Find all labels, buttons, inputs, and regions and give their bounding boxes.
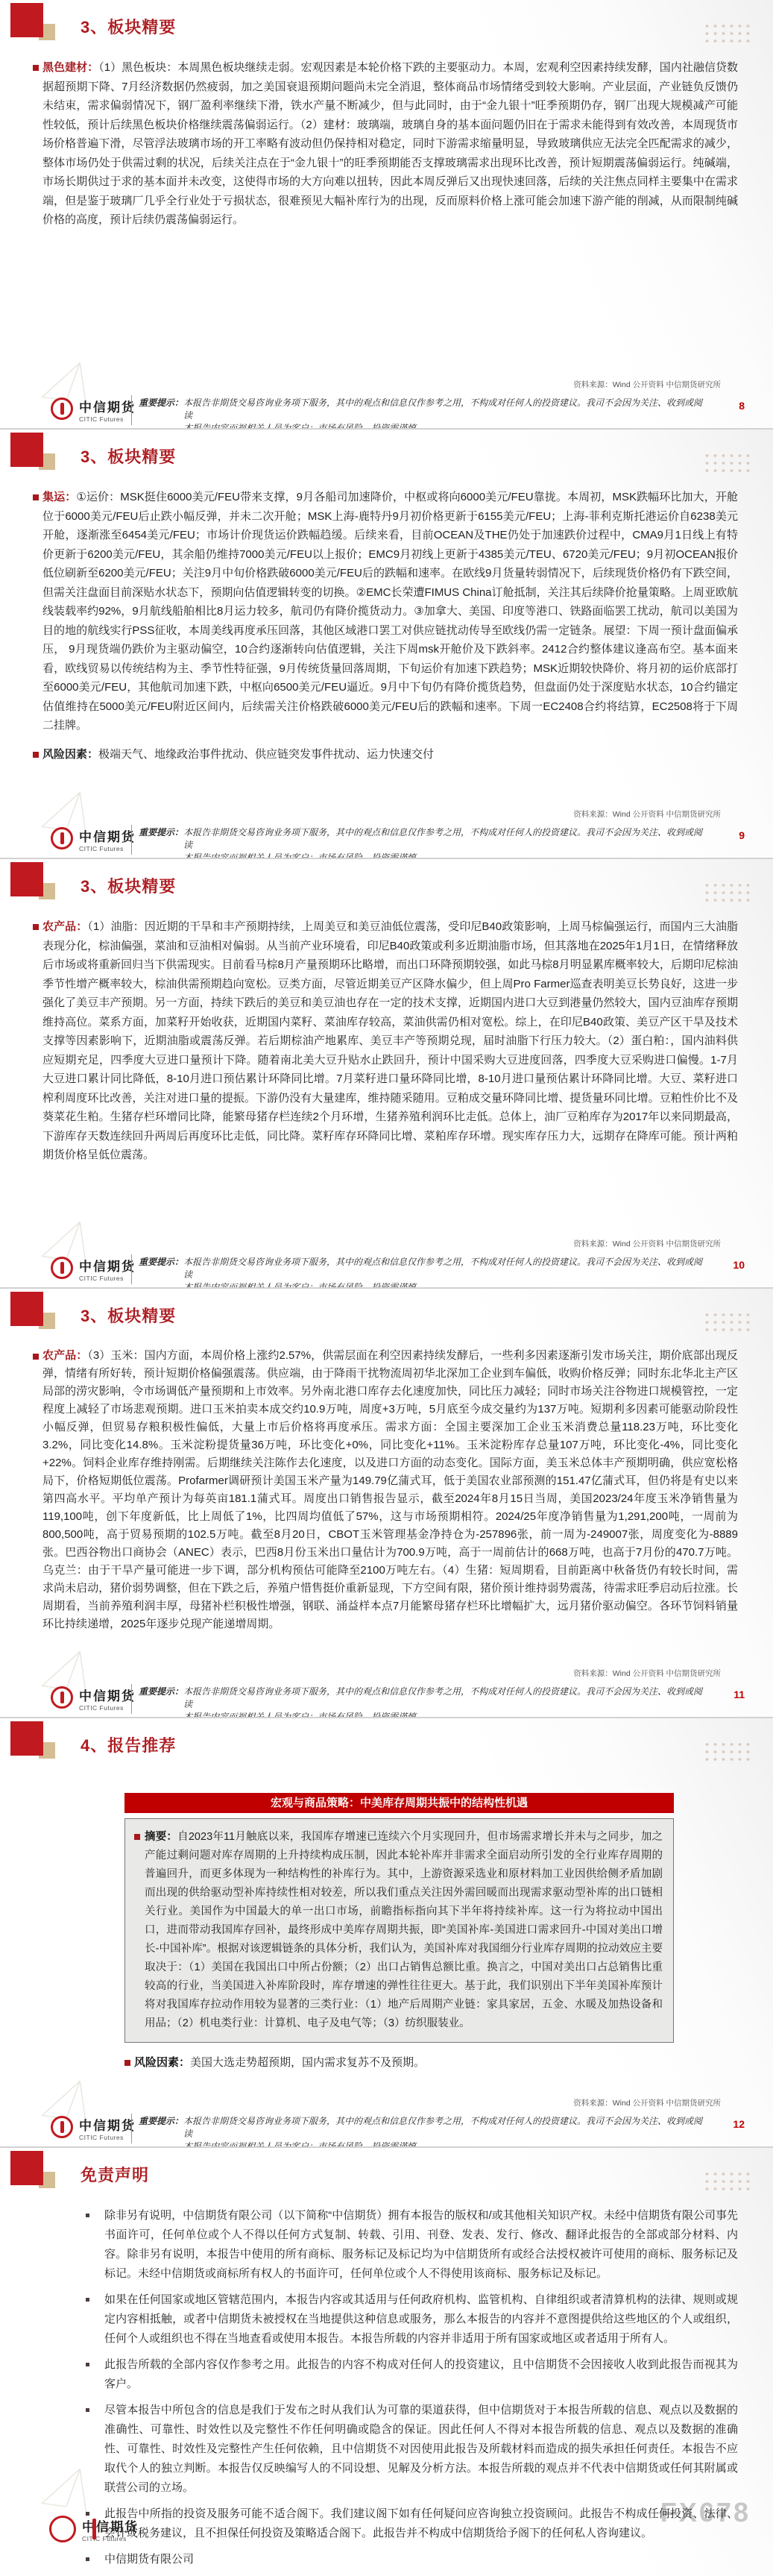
citic-logo-icon [49, 2516, 76, 2542]
slide-body: 黑色建材：（1）黑色板块：本周黑色板块继续走弱。宏观因素是本轮价格下跌的主要驱动… [33, 58, 738, 239]
notice-line-1: 本报告非期货交易咨询业务项下服务，其中的观点和信息仅作参考之用，不构成对任何人的… [183, 397, 705, 422]
citic-logo-icon [51, 1257, 73, 1279]
notice-label: 重要提示： [139, 397, 183, 428]
recommend-content: 宏观与商品策略：中美库存周期共振中的结构性机遇 摘要：自2023年11月触底以来… [124, 1793, 674, 2082]
sector-paragraph: 黑色建材：（1）黑色板块：本周黑色板块继续走弱。宏观因素是本轮价格下跌的主要驱动… [33, 58, 738, 230]
brand-en: CITIC Futures [79, 1704, 136, 1712]
notice-line-1: 本报告非期货交易咨询业务项下服务，其中的观点和信息仅作参考之用，不构成对任何人的… [183, 826, 705, 852]
abstract-label: 摘要： [145, 1831, 177, 1843]
sector-paragraph: 农产品：（3）玉米：国内方面，本周价格上涨约2.57%，供需层面在利空因素持续发… [33, 1347, 738, 1633]
sector-label: 集运： [42, 491, 76, 503]
slide-report-recommend: 4、报告推荐 宏观与商品策略：中美库存周期共振中的结构性机遇 摘要：自2023年… [0, 1718, 773, 2146]
dots-decoration-icon [703, 2170, 751, 2193]
data-source-note: 资料来源：Wind 公开资料 中信期货研究所 [573, 2097, 721, 2108]
disclaimer-text: 此报告中所指的投资及服务可能不适合阁下。我们建议阁下如有任何疑问应咨询独立投资顾… [104, 2507, 738, 2539]
citic-logo-icon [51, 1686, 73, 1709]
sector-paragraph: 集运：①运价：MSK挺住6000美元/FEU带来支撑，9月各船司加速降价，中枢或… [33, 488, 738, 735]
notice-line-2: 本报告内容而视相关人员为客户；市场有风险，投资需谨慎。 [183, 1711, 705, 1717]
disclaimer-item: 此报告中所指的投资及服务可能不适合阁下。我们建议阁下如有任何疑问应咨询独立投资顾… [82, 2504, 738, 2543]
disclaimer-item: 如果在任何国家或地区管辖范围内，本报告内容或其适用与任何政府机构、监管机构、自律… [82, 2290, 738, 2349]
notice-line-2: 本报告内容而视相关人员为客户；市场有风险，投资需谨慎。 [183, 2140, 705, 2146]
notice-label: 重要提示： [139, 2115, 183, 2146]
risk-text: 美国大选走势超预期，国内需求复苏不及预期。 [190, 2056, 425, 2069]
citic-logo-icon [51, 2116, 73, 2138]
notice-line-1: 本报告非期货交易咨询业务项下服务，其中的观点和信息仅作参考之用，不构成对任何人的… [183, 1686, 705, 1711]
bullet-dot-icon [86, 2298, 89, 2302]
bullet-square-icon [124, 2060, 130, 2066]
bullet-square-icon [33, 65, 39, 71]
page-number: 9 [739, 829, 745, 841]
footer-divider [131, 825, 132, 855]
dots-decoration-icon [703, 22, 751, 45]
brand-block: 中信期货 CITIC Futures [79, 2115, 136, 2141]
dots-decoration-icon [703, 1311, 751, 1333]
disclaimer-text: 此报告所载的全部内容仅作参考之用。此报告的内容不构成对任何人的投资建议，且中信期… [104, 2358, 738, 2390]
header-red-square [10, 1292, 43, 1326]
notice-label: 重要提示： [139, 826, 183, 858]
footer-notice: 重要提示： 本报告非期货交易咨询业务项下服务，其中的观点和信息仅作参考之用，不构… [139, 397, 705, 428]
slide-footer: 中信期货 CITIC Futures 重要提示： 本报告非期货交易咨询业务项下服… [0, 394, 773, 428]
sector-label: 农产品： [42, 920, 87, 933]
citic-logo-icon [51, 398, 73, 420]
data-source-note: 资料来源：Wind 公开资料 中信期货研究所 [573, 808, 721, 820]
dots-decoration-icon [703, 1741, 751, 1763]
abstract-text: 自2023年11月触底以来，我国库存增速已连续六个月实现回升，但市场需求增长并未… [145, 1831, 663, 2029]
disclaimer-text: 如果在任何国家或地区管辖范围内，本报告内容或其适用与任何政府机构、监管机构、自律… [104, 2293, 738, 2345]
footer-notice: 重要提示： 本报告非期货交易咨询业务项下服务，其中的观点和信息仅作参考之用，不构… [139, 1256, 705, 1287]
report-banner-title: 宏观与商品策略：中美库存周期共振中的结构性机遇 [124, 1793, 674, 1813]
notice-label: 重要提示： [139, 1686, 183, 1717]
disclaimer-body: 除非另有说明，中信期货有限公司（以下简称“中信期货）拥有本报告的版权和/或其他相… [82, 2206, 738, 2576]
slide-body: 农产品：（3）玉米：国内方面，本周价格上涨约2.57%，供需层面在利空因素持续发… [33, 1347, 738, 1643]
bullet-square-icon [33, 1354, 39, 1360]
header-red-square [10, 3, 43, 37]
page-title: 3、板块精要 [81, 15, 176, 38]
slide-sector-agri-oils: 3、板块精要 农产品：（1）油脂：因近期的干旱和丰产预期持续，上周美豆和美豆油低… [0, 859, 773, 1287]
report-deck: 3、板块精要 黑色建材：（1）黑色板块：本周黑色板块继续走弱。宏观因素是本轮价格… [0, 0, 773, 2576]
sector-label: 农产品： [42, 1349, 87, 1362]
brand-cn: 中信期货 [79, 826, 136, 845]
slide-body: 集运：①运价：MSK挺住6000美元/FEU带来支撑，9月各船司加速降价，中枢或… [33, 488, 738, 773]
bullet-square-icon [33, 924, 39, 930]
header-red-square [10, 433, 43, 467]
dots-decoration-icon [703, 452, 751, 474]
brand-block: 中信期货 CITIC Futures [79, 826, 136, 852]
notice-line-1: 本报告非期货交易咨询业务项下服务，其中的观点和信息仅作参考之用，不构成对任何人的… [183, 1256, 705, 1281]
page-title: 3、板块精要 [81, 444, 176, 468]
bullet-dot-icon [86, 2363, 89, 2366]
sector-text: ①运价：MSK挺住6000美元/FEU带来支撑，9月各船司加速降价，中枢或将向6… [42, 491, 738, 732]
footer-divider [131, 395, 132, 425]
risk-paragraph: 风险因素：极端天气、地缘政治事件扰动、供应链突发事件扰动、运力快速交付 [33, 745, 738, 764]
brand-en: CITIC Futures [79, 415, 136, 423]
page-number: 10 [733, 1259, 745, 1271]
bullet-dot-icon [86, 2557, 89, 2561]
risk-text: 极端天气、地缘政治事件扰动、供应链突发事件扰动、运力快速交付 [98, 748, 434, 761]
header-red-square [10, 2151, 43, 2185]
data-source-note: 资料来源：Wind 公开资料 中信期货研究所 [573, 1238, 721, 1249]
footer-divider [131, 1684, 132, 1714]
notice-line-2: 本报告内容而视相关人员为客户；市场有风险，投资需谨慎。 [183, 1281, 705, 1287]
brand-block: 中信期货 CITIC Futures [79, 1686, 136, 1712]
disclaimer-item: 中信期货有限公司 [82, 2550, 738, 2569]
data-source-note: 资料来源：Wind 公开资料 中信期货研究所 [573, 379, 721, 390]
bullet-square-icon [33, 752, 39, 758]
brand-en: CITIC Futures [79, 1275, 136, 1282]
disclaimer-item: 除非另有说明，中信期货有限公司（以下简称“中信期货）拥有本报告的版权和/或其他相… [82, 2206, 738, 2284]
brand-en: CITIC Futures [82, 2535, 139, 2542]
notice-line-1: 本报告非期货交易咨询业务项下服务，其中的观点和信息仅作参考之用，不构成对任何人的… [183, 2115, 705, 2140]
disclaimer-item: 尽管本报告中所包含的信息是我们于发布之时从我们认为可靠的渠道获得，但中信期货对于… [82, 2401, 738, 2498]
header-red-square [10, 862, 43, 896]
dots-decoration-icon [703, 882, 751, 904]
slide-body: 农产品：（1）油脂：因近期的干旱和丰产预期持续，上周美豆和美豆油低位震荡，受印尼… [33, 917, 738, 1175]
bullet-square-icon [33, 494, 39, 500]
notice-label: 重要提示： [139, 1256, 183, 1287]
sector-text: （1）黑色板块：本周黑色板块继续走弱。宏观因素是本轮价格下跌的主要驱动力。本周，… [42, 61, 738, 226]
citic-logo-block: 中信期货 CITIC Futures [49, 2516, 139, 2542]
page-title: 免责声明 [81, 2163, 149, 2186]
data-source-note: 资料来源：Wind 公开资料 中信期货研究所 [573, 1668, 721, 1679]
bullet-dot-icon [86, 2214, 89, 2217]
sector-paragraph: 农产品：（1）油脂：因近期的干旱和丰产预期持续，上周美豆和美豆油低位震荡，受印尼… [33, 917, 738, 1165]
notice-line-2: 本报告内容而视相关人员为客户；市场有风险，投资需谨慎。 [183, 422, 705, 428]
disclaimer-text: 除非另有说明，中信期货有限公司（以下简称“中信期货）拥有本报告的版权和/或其他相… [104, 2209, 738, 2280]
page-number: 8 [739, 400, 745, 412]
sector-text: （3）玉米：国内方面，本周价格上涨约2.57%，供需层面在利空因素持续发酵后，一… [42, 1349, 738, 1630]
brand-cn: 中信期货 [79, 397, 136, 415]
abstract-paragraph: 摘要：自2023年11月触底以来，我国库存增速已连续六个月实现回升，但市场需求增… [134, 1828, 663, 2033]
footer-notice: 重要提示： 本报告非期货交易咨询业务项下服务，其中的观点和信息仅作参考之用，不构… [139, 1686, 705, 1717]
notice-line-2: 本报告内容而视相关人员为客户；市场有风险，投资需谨慎。 [183, 852, 705, 858]
bullet-dot-icon [86, 2408, 89, 2412]
disclaimer-text: 尽管本报告中所包含的信息是我们于发布之时从我们认为可靠的渠道获得，但中信期货对于… [104, 2404, 738, 2494]
brand-en: CITIC Futures [79, 845, 136, 852]
slide-footer: 中信期货 CITIC Futures 重要提示： 本报告非期货交易咨询业务项下服… [0, 1683, 773, 1717]
disclaimer-text: 中信期货有限公司 [104, 2553, 194, 2566]
brand-cn: 中信期货 [79, 1686, 136, 1704]
disclaimer-item: 此报告所载的全部内容仅作参考之用。此报告的内容不构成对任何人的投资建议，且中信期… [82, 2355, 738, 2394]
slide-sector-agri-corn: 3、板块精要 农产品：（3）玉米：国内方面，本周价格上涨约2.57%，供需层面在… [0, 1289, 773, 1717]
header-red-square [10, 1721, 43, 1756]
brand-en: CITIC Futures [79, 2134, 136, 2141]
page-number: 12 [733, 2118, 745, 2130]
slide-sector-black: 3、板块精要 黑色建材：（1）黑色板块：本周黑色板块继续走弱。宏观因素是本轮价格… [0, 0, 773, 428]
sector-text: （1）油脂：因近期的干旱和丰产预期持续，上周美豆和美豆油低位震荡，受印尼B40政… [42, 920, 738, 1161]
brand-cn: 中信期货 [79, 1256, 136, 1275]
slide-disclaimer: 免责声明 除非另有说明，中信期货有限公司（以下简称“中信期货）拥有本报告的版权和… [0, 2148, 773, 2576]
bullet-square-icon [134, 1834, 140, 1840]
citic-logo-icon [51, 827, 73, 849]
brand-cn: 中信期货 [82, 2516, 139, 2535]
page-title: 3、板块精要 [81, 874, 176, 897]
page-title: 3、板块精要 [81, 1304, 176, 1327]
footer-notice: 重要提示： 本报告非期货交易咨询业务项下服务，其中的观点和信息仅作参考之用，不构… [139, 826, 705, 858]
brand-block: 中信期货 CITIC Futures [79, 1256, 136, 1282]
slide-footer: 中信期货 CITIC Futures 重要提示： 本报告非期货交易咨询业务项下服… [0, 1253, 773, 1287]
footer-divider [131, 1254, 132, 1284]
risk-label: 风险因素： [134, 2056, 190, 2069]
slide-sector-shipping: 3、板块精要 集运：①运价：MSK挺住6000美元/FEU带来支撑，9月各船司加… [0, 430, 773, 858]
slide-footer: 中信期货 CITIC Futures 重要提示： 本报告非期货交易咨询业务项下服… [0, 2112, 773, 2146]
risk-label: 风险因素： [42, 748, 98, 761]
footer-divider [131, 2114, 132, 2143]
page-number: 11 [733, 1688, 745, 1700]
sector-label: 黑色建材： [42, 61, 98, 74]
brand-block: 中信期货 CITIC Futures [79, 397, 136, 423]
slide-footer: 中信期货 CITIC Futures 重要提示： 本报告非期货交易咨询业务项下服… [0, 823, 773, 858]
brand-block: 中信期货 CITIC Futures [82, 2516, 139, 2542]
abstract-box: 摘要：自2023年11月触底以来，我国库存增速已连续六个月实现回升，但市场需求增… [124, 1818, 674, 2043]
page-title: 4、报告推荐 [81, 1733, 176, 1756]
risk-paragraph: 风险因素：美国大选走势超预期，国内需求复苏不及预期。 [124, 2053, 674, 2073]
brand-cn: 中信期货 [79, 2115, 136, 2134]
footer-notice: 重要提示： 本报告非期货交易咨询业务项下服务，其中的观点和信息仅作参考之用，不构… [139, 2115, 705, 2146]
